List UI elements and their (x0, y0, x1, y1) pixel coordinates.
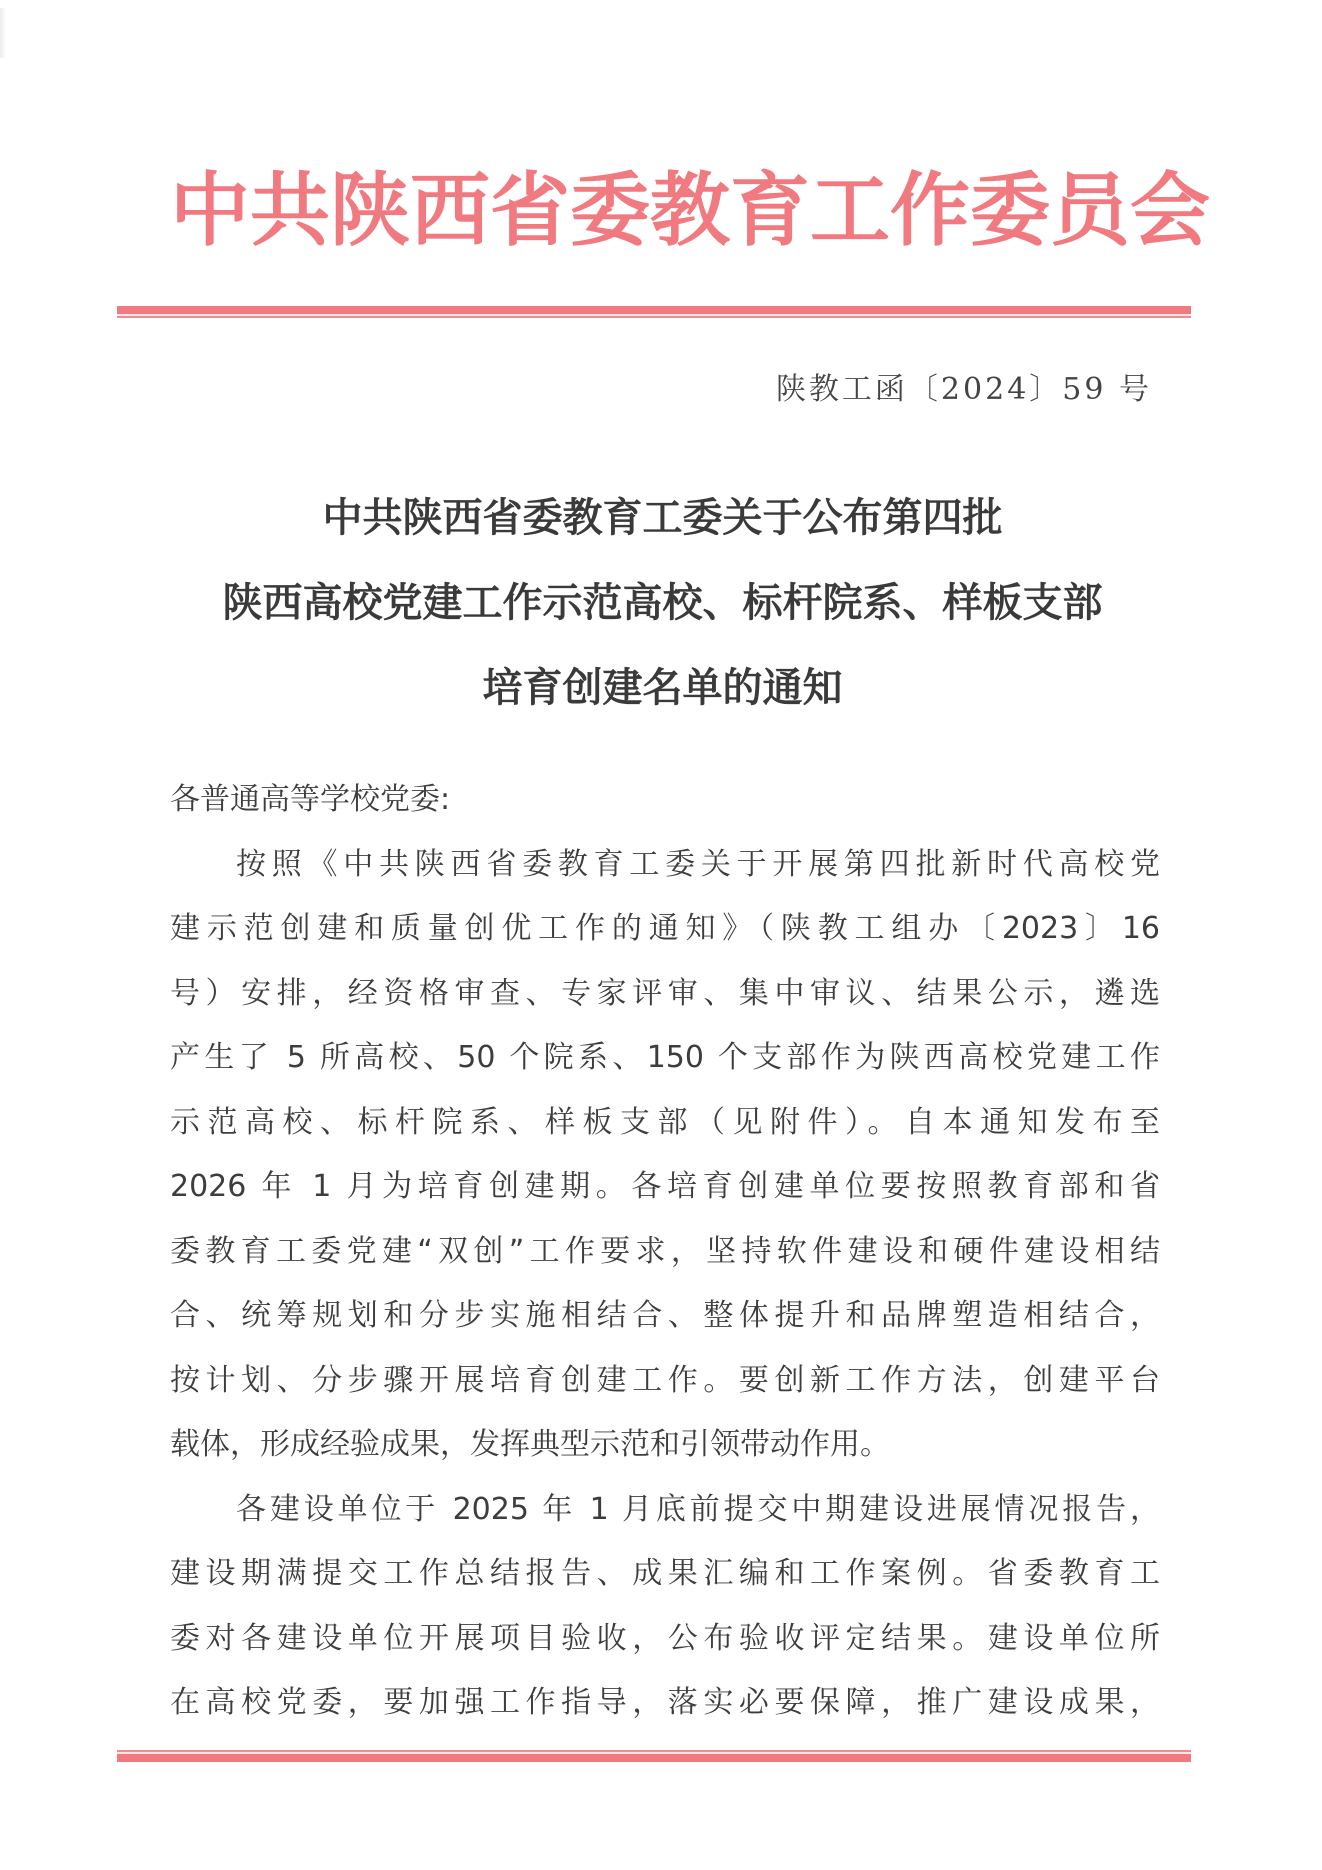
paragraph-1-line: 委教育工委党建“双创”工作要求，坚持软件建设和硬件建设相结 (170, 1220, 1160, 1285)
paragraph-2-line: 各建设单位于 2025 年 1 月底前提交中期建设进展情况报告， (170, 1478, 1160, 1543)
paragraph-2-line: 在高校党委，要加强工作指导，落实必要保障，推广建设成果， (170, 1671, 1160, 1736)
title-line: 陕西高校党建工作示范高校、标杆院系、样板支部 (160, 560, 1165, 645)
title-line: 中共陕西省委教育工委关于公布第四批 (160, 475, 1165, 560)
document-page: 中共陕西省委教育工作委员会 陕教工函〔2024〕59 号 中共陕西省委教育工委关… (0, 0, 1322, 1870)
masthead-issuer: 中共陕西省委教育工作委员会 (170, 160, 1155, 260)
paragraph-1-line: 建示范创建和质量创优工作的通知》（陕教工组办〔2023〕16 (170, 897, 1160, 962)
scan-edge-artifact (0, 8, 6, 58)
paragraph-2-line: 委对各建设单位开展项目验收，公布验收评定结果。建设单位所 (170, 1607, 1160, 1672)
rule-thin-band (117, 316, 1191, 318)
paragraph-1-line: 2026 年 1 月为培育创建期。各培育创建单位要按照教育部和省 (170, 1155, 1160, 1220)
paragraph-2-line: 建设期满提交工作总结报告、成果汇编和工作案例。省委教育工 (170, 1542, 1160, 1607)
paragraph-1-line: 按照《中共陕西省委教育工委关于开展第四批新时代高校党 (170, 833, 1160, 898)
title-line: 培育创建名单的通知 (160, 645, 1165, 730)
red-header-rule (117, 306, 1191, 318)
paragraph-1-line: 载体，形成经验成果，发挥典型示范和引领带动作用。 (170, 1413, 1160, 1478)
rule-thick-band (117, 306, 1191, 314)
document-title: 中共陕西省委教育工委关于公布第四批 陕西高校党建工作示范高校、标杆院系、样板支部… (160, 475, 1165, 730)
paragraph-1-line: 合、统筹规划和分步实施相结合、整体提升和品牌塑造相结合， (170, 1284, 1160, 1349)
document-number: 陕教工函〔2024〕59 号 (776, 370, 1152, 410)
rule-thick-band (117, 1754, 1191, 1762)
paragraph-1-line: 示范高校、标杆院系、样板支部（见附件）。自本通知发布至 (170, 1091, 1160, 1156)
red-footer-rule (117, 1750, 1191, 1762)
salutation: 各普通高等学校党委: (170, 768, 1160, 833)
document-body: 各普通高等学校党委: 按照《中共陕西省委教育工委关于开展第四批新时代高校党 建示… (170, 768, 1160, 1736)
paragraph-1-line: 产生了 5 所高校、50 个院系、150 个支部作为陕西高校党建工作 (170, 1026, 1160, 1091)
paragraph-1-line: 号）安排，经资格审查、专家评审、集中审议、结果公示，遴选 (170, 962, 1160, 1027)
paragraph-1-line: 按计划、分步骤开展培育创建工作。要创新工作方法，创建平台 (170, 1349, 1160, 1414)
